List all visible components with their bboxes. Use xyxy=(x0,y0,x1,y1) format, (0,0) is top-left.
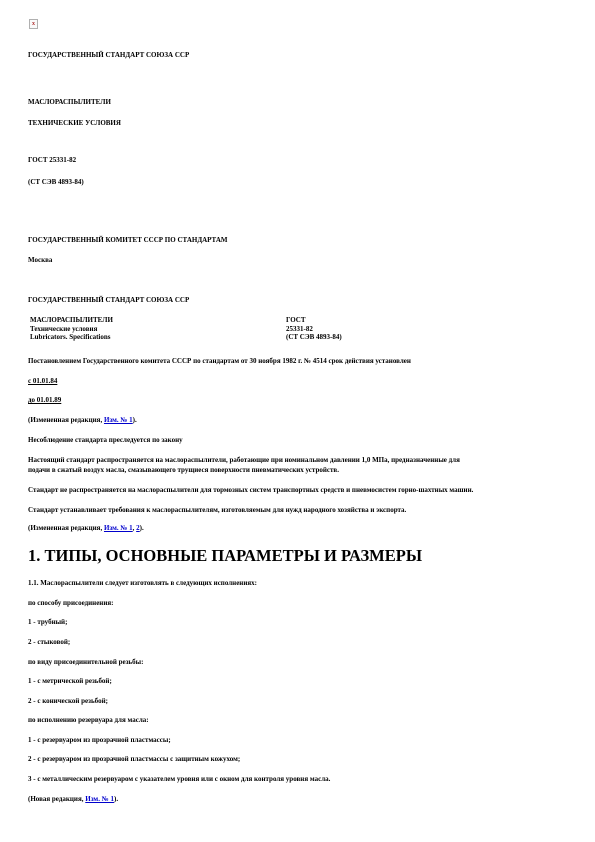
date-to: до 01.01.89 xyxy=(28,396,61,405)
amendment-1-link[interactable]: Изм. № 1 xyxy=(104,524,133,532)
list-item: 1 - с резервуаром из прозрачной пластмас… xyxy=(28,736,171,745)
broken-image-icon: x xyxy=(29,19,38,29)
scope-paragraph-1-line-2: подачи в сжатый воздух масла, смазывающе… xyxy=(28,466,339,475)
title-table-right: ГОСТ 25331-82 (СТ СЭВ 4893-84) xyxy=(286,316,342,342)
list-item: 2 - с резервуаром из прозрачной пластмас… xyxy=(28,755,240,764)
list-item: 1 - с метрической резьбой; xyxy=(28,677,112,686)
gost-label: ГОСТ xyxy=(286,316,342,325)
clause-1-1: 1.1. Маслораспылители следует изготовлят… xyxy=(28,579,257,588)
list-item: по исполнению резервуара для масла: xyxy=(28,716,149,725)
cover-title: МАСЛОРАСПЫЛИТЕЛИ xyxy=(28,98,111,107)
scope-paragraph-3: Стандарт устанавливает требования к масл… xyxy=(28,506,406,515)
date-from: с 01.01.84 xyxy=(28,377,57,386)
amendment-1-link[interactable]: Изм. № 1 xyxy=(85,795,114,803)
list-item: по виду присоединительной резьбы: xyxy=(28,658,143,667)
gost-number: ГОСТ 25331-82 xyxy=(28,156,76,165)
list-item: 3 - с металлическим резервуаром с указат… xyxy=(28,775,330,784)
scope-paragraph-2: Стандарт не распространяется на маслорас… xyxy=(28,486,473,495)
new-edit-note: (Новая редакция, Изм. № 1). xyxy=(28,795,118,804)
cover-subtitle: ТЕХНИЧЕСКИЕ УСЛОВИЯ xyxy=(28,119,121,128)
st-sev-code: (СТ СЭВ 4893-84) xyxy=(286,333,342,342)
committee-name: ГОСУДАРСТВЕННЫЙ КОМИТЕТ СССР ПО СТАНДАРТ… xyxy=(28,236,228,245)
city: Москва xyxy=(28,256,52,265)
section-1-heading: 1. ТИПЫ, ОСНОВНЫЕ ПАРАМЕТРЫ И РАЗМЕРЫ xyxy=(28,546,422,566)
decree-text: Постановлением Государственного комитета… xyxy=(28,357,411,366)
law-note: Несоблюдение стандарта преследуется по з… xyxy=(28,436,183,445)
doc-type: Технические условия xyxy=(30,325,113,334)
list-item: по способу присоединения: xyxy=(28,599,114,608)
product-name: МАСЛОРАСПЫЛИТЕЛИ xyxy=(30,316,113,325)
edit-note-1: (Измененная редакция, Изм. № 1). xyxy=(28,416,137,425)
list-item: 1 - трубный; xyxy=(28,618,67,627)
cover-header: ГОСУДАРСТВЕННЫЙ СТАНДАРТ СОЮЗА ССР xyxy=(28,51,189,60)
st-sev-number: (СТ СЭВ 4893-84) xyxy=(28,178,84,187)
list-item: 2 - с конической резьбой; xyxy=(28,697,108,706)
amendment-1-link[interactable]: Изм. № 1 xyxy=(104,416,133,424)
edit-note-2: (Измененная редакция, Изм. № 1, 2). xyxy=(28,524,144,533)
list-item: 2 - стыковой; xyxy=(28,638,70,647)
scope-paragraph-1-line-1: Настоящий стандарт распространяется на м… xyxy=(28,456,460,465)
standard-header: ГОСУДАРСТВЕННЫЙ СТАНДАРТ СОЮЗА ССР xyxy=(28,296,189,305)
english-title: Lubricators. Specifications xyxy=(30,333,113,342)
title-table-left: МАСЛОРАСПЫЛИТЕЛИ Технические условия Lub… xyxy=(30,316,113,342)
gost-code: 25331-82 xyxy=(286,325,342,334)
